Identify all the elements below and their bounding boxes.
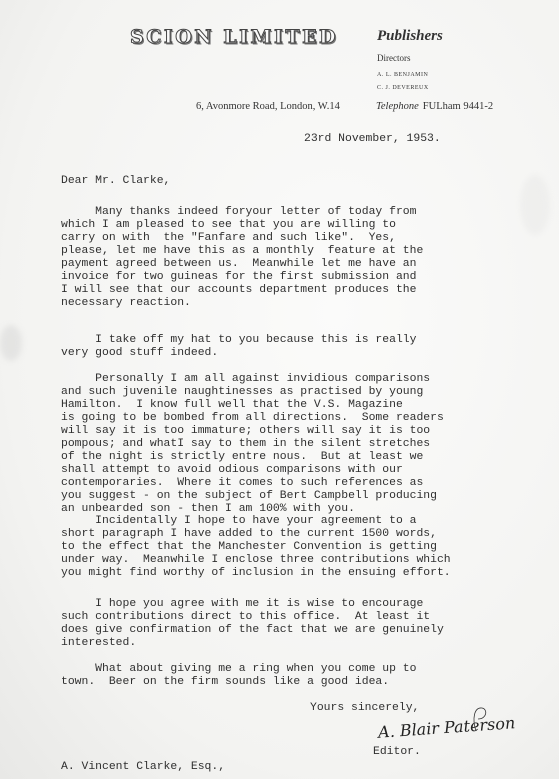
- telephone-label: Telephone: [376, 101, 419, 112]
- signatory-title: Editor.: [373, 746, 421, 759]
- letter-line: Incidentally I hope to have your agreeme…: [61, 515, 416, 528]
- letter-line: shall attempt to avoid odious comparison…: [61, 464, 403, 477]
- letter-line: I hope you agree with me it is wise to e…: [61, 598, 423, 611]
- paper-smudge: [0, 325, 22, 361]
- recipient: A. Vincent Clarke, Esq.,: [61, 761, 225, 774]
- company-address: 6, Avonmore Road, London, W.14: [196, 101, 340, 112]
- letter-line: to the effect that the Manchester Conven…: [61, 541, 437, 554]
- paper-smudge: [520, 175, 550, 235]
- signature-flourish: [470, 705, 490, 733]
- letter-line: please, let me have this as a monthly fe…: [61, 245, 423, 258]
- letter-line: and such juvenile naughtinesses as pract…: [61, 386, 423, 399]
- letter-line: you might find worthy of inclusion in th…: [61, 567, 451, 580]
- letter-line: contemporaries. Where it comes to such r…: [61, 477, 423, 490]
- letter-page: SCION LIMITED Publishers Directors A. L.…: [0, 0, 559, 779]
- letter-line: payment agreed between us. Meanwhile let…: [61, 258, 416, 271]
- director-name: A. L. BENJAMIN: [377, 72, 428, 78]
- closing: Yours sincerely,: [310, 702, 419, 715]
- letter-line: I take off my hat to you because this is…: [61, 334, 416, 347]
- signature: A. Blair Paterson: [378, 713, 516, 742]
- company-tagline: Publishers: [377, 28, 443, 45]
- salutation: Dear Mr. Clarke,: [61, 175, 170, 188]
- letter-line: I will see that our accounts department …: [61, 284, 416, 297]
- letter-line: does give confirmation of the fact that …: [61, 624, 444, 637]
- letter-line: Many thanks indeed foryour letter of tod…: [61, 206, 416, 219]
- telephone-number: FULham 9441-2: [423, 101, 493, 112]
- letter-line: Personally I am all against invidious co…: [61, 373, 430, 386]
- letter-line: very good stuff indeed.: [61, 347, 218, 360]
- letter-line: town. Beer on the firm sounds like a goo…: [61, 676, 389, 689]
- company-telephone: TelephoneFULham 9441-2: [376, 101, 493, 112]
- letter-line: such contributions direct to this office…: [61, 611, 430, 624]
- letter-line: short paragraph I have added to the curr…: [61, 528, 437, 541]
- letter-line: pompous; and whatI say to them in the si…: [61, 438, 430, 451]
- director-name: C. J. DEVEREUX: [377, 85, 429, 91]
- letter-date: 23rd November, 1953.: [304, 133, 441, 146]
- letter-line: interested.: [61, 637, 136, 650]
- letter-line: What about giving me a ring when you com…: [61, 663, 416, 676]
- letter-line: necessary reaction.: [61, 297, 191, 310]
- letter-line: invoice for two guineas for the first su…: [61, 271, 416, 284]
- letter-line: under way. Meanwhile I enclose three con…: [61, 554, 451, 567]
- letter-line: carry on with the "Fanfare and such like…: [61, 232, 396, 245]
- directors-label: Directors: [377, 53, 411, 63]
- letter-line: which I am pleased to see that you are w…: [61, 219, 396, 232]
- letter-line: of the night is strictly entre nous. But…: [61, 451, 423, 464]
- letter-line: you suggest - on the subject of Bert Cam…: [61, 490, 437, 503]
- letter-line: will say it is too immature; others will…: [61, 425, 430, 438]
- company-name: SCION LIMITED: [130, 26, 338, 48]
- letter-line: is going to be bombed from all direction…: [61, 412, 444, 425]
- letter-line: Hamilton. I know full well that the V.S.…: [61, 399, 403, 412]
